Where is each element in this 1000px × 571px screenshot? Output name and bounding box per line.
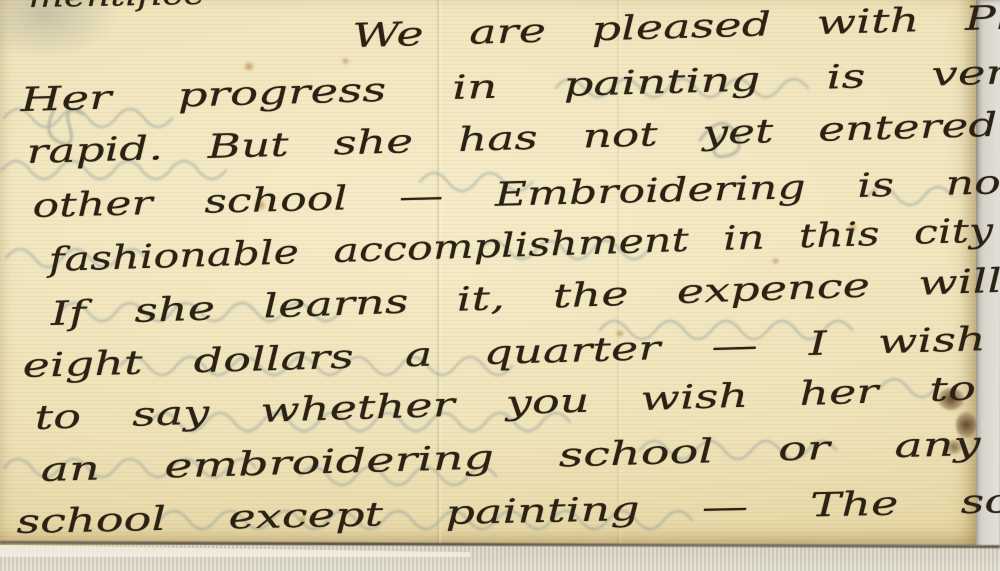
letter-photograph: mentifice We are pleased with Phebe. Her… (0, 0, 1000, 571)
foxing-spot (342, 58, 349, 64)
foxing-spot (244, 62, 254, 71)
foxing-spot (772, 258, 779, 264)
letter-paper: mentifice We are pleased with Phebe. Her… (0, 0, 976, 545)
